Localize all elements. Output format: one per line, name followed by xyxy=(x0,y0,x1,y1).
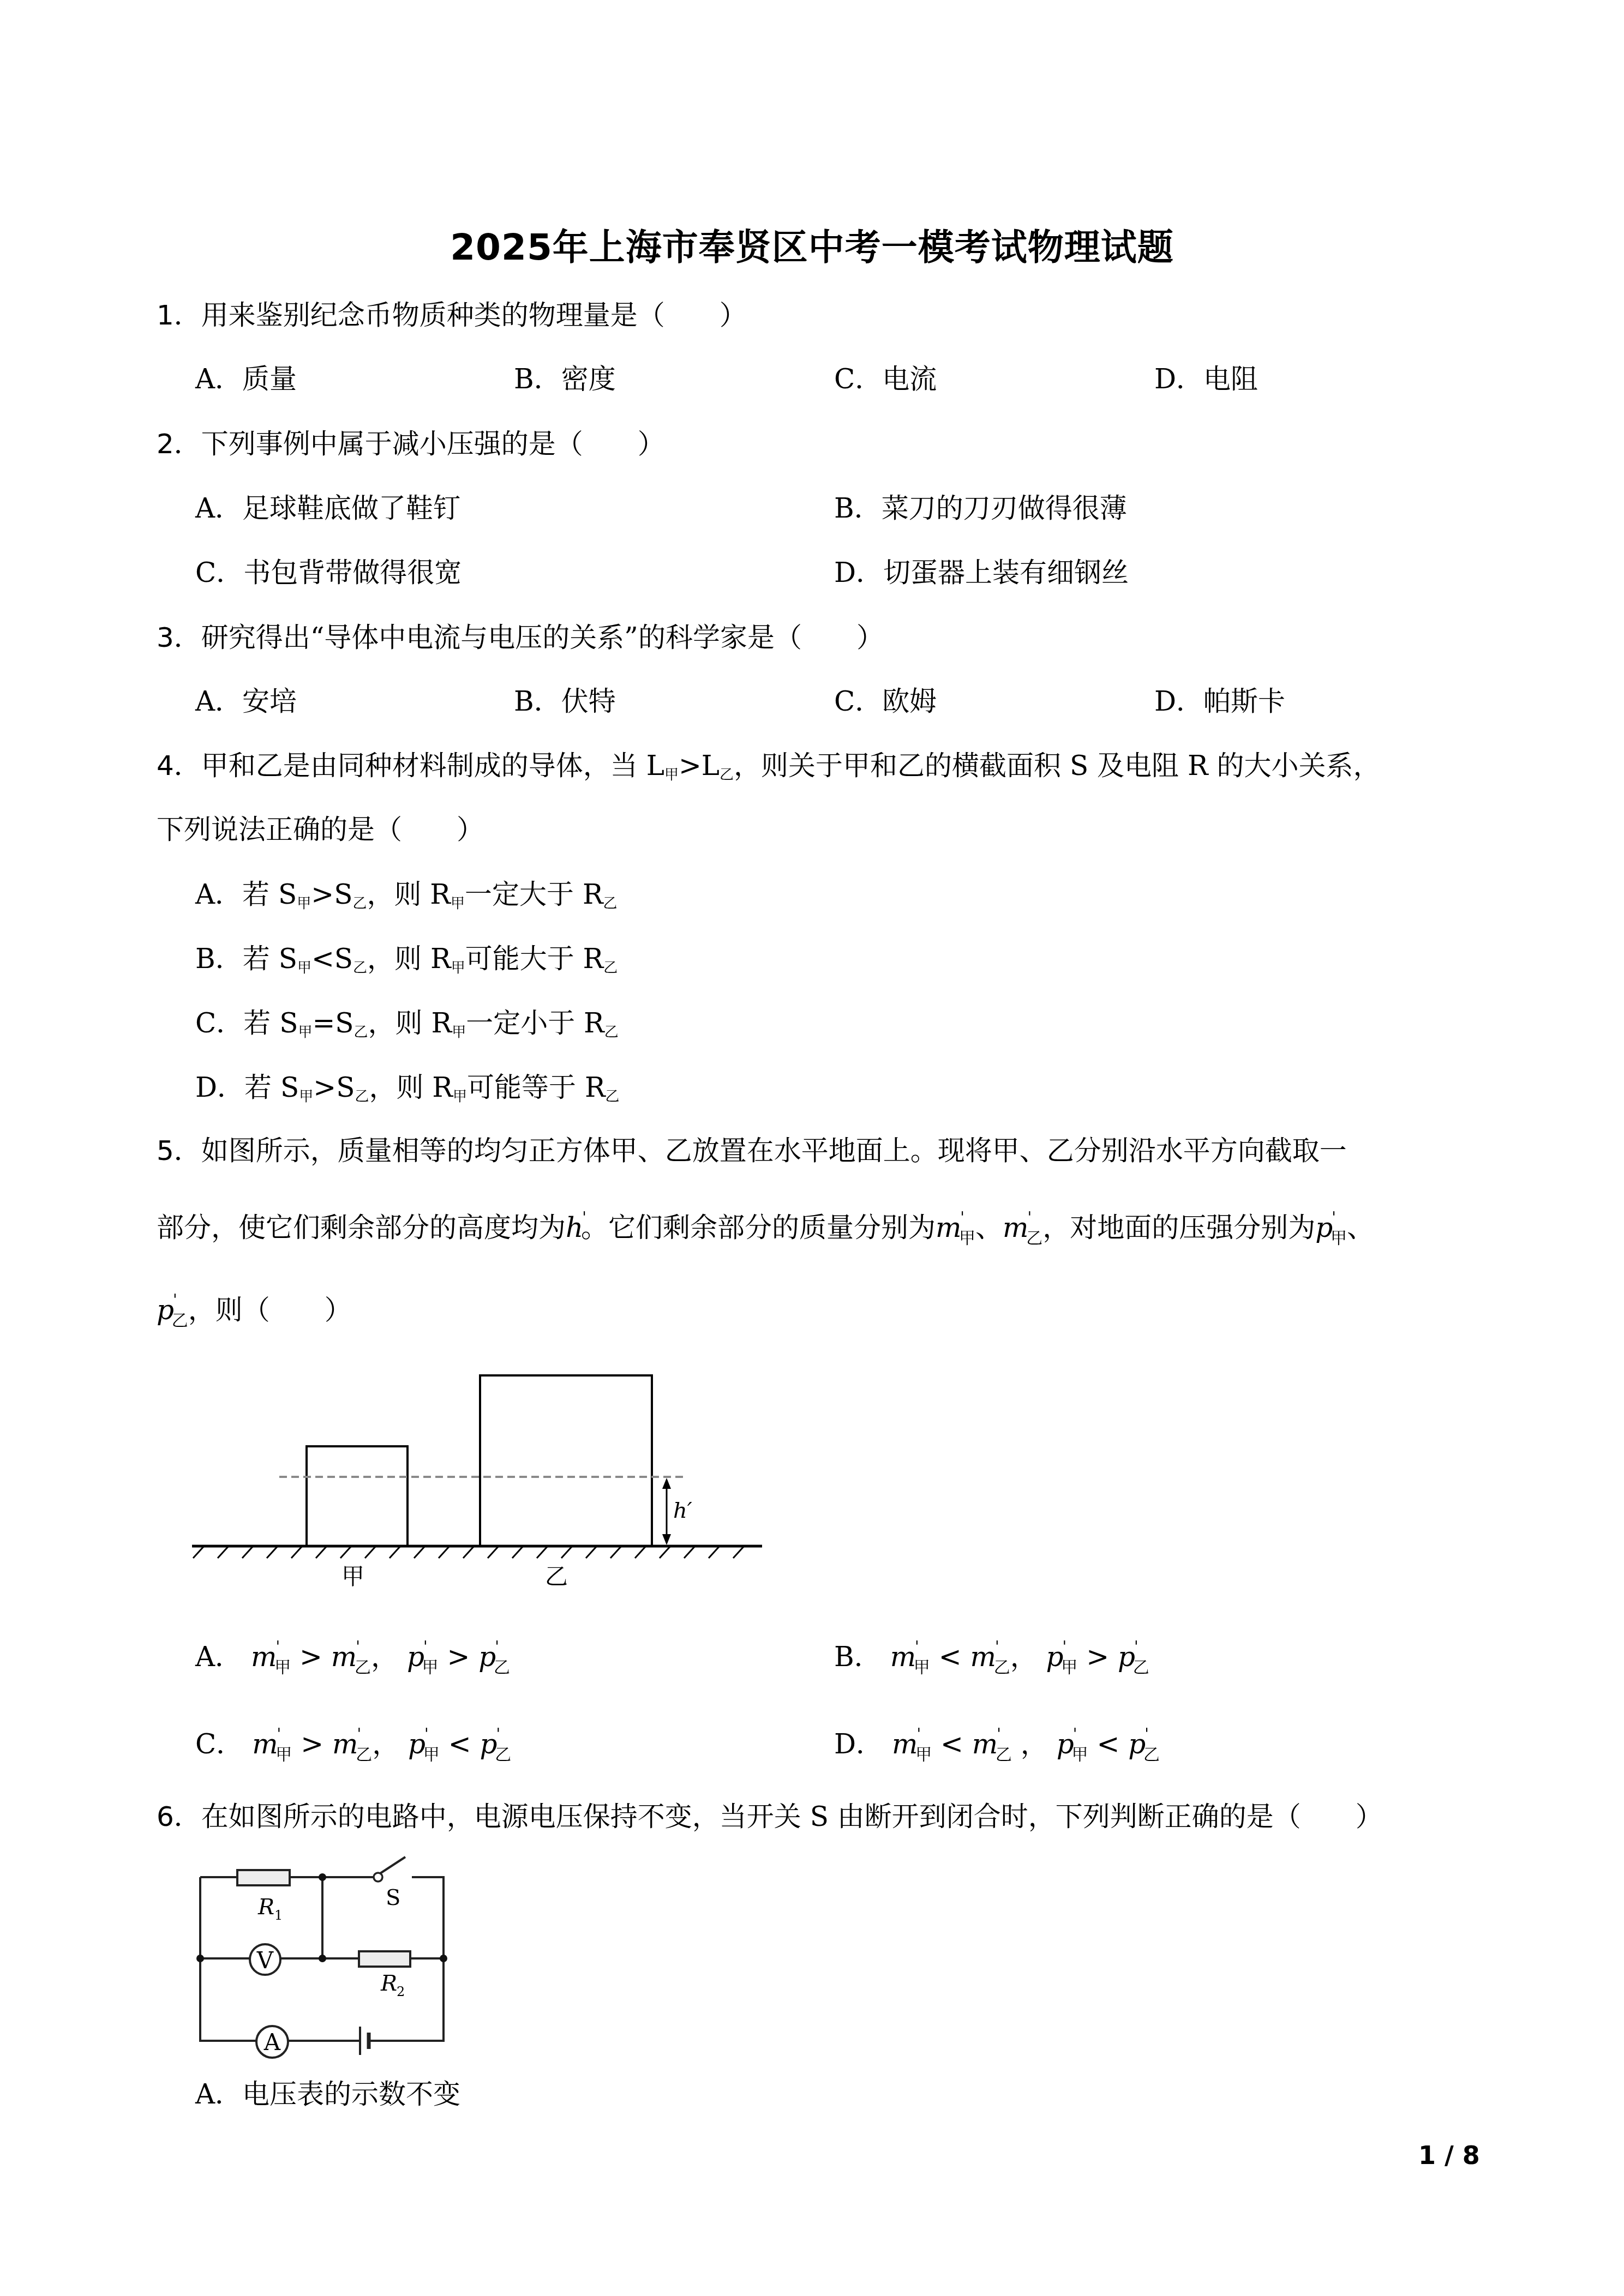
option-2b[interactable]: B．菜刀的刀刃做得很薄 xyxy=(834,492,1127,525)
relation: < xyxy=(1096,1728,1119,1760)
switch-lever xyxy=(380,1857,405,1873)
option-text: >S xyxy=(313,1072,355,1103)
voltmeter-label: V xyxy=(256,1947,274,1974)
option-text: 可能大于 R xyxy=(465,943,604,975)
option-text: 密度 xyxy=(561,363,616,395)
option-text: 一定大于 R xyxy=(465,879,603,910)
height-label: h′ xyxy=(673,1498,692,1523)
subscript: 甲 xyxy=(451,960,465,976)
subscript: 甲 xyxy=(275,1745,292,1764)
stem-text: ，则（ ） xyxy=(188,1294,352,1326)
question-5: 5．如图所示，质量相等的均匀正方体甲、乙放置在水平地面上。现将甲、乙分别沿水平方… xyxy=(157,1134,1347,1167)
cube-jia xyxy=(307,1446,408,1546)
subscript: 甲 xyxy=(422,1658,439,1677)
prime-mark: ' xyxy=(496,1725,501,1743)
prime-mark: ' xyxy=(997,1725,1001,1743)
option-4a[interactable]: A．若 S甲>S乙，则 R甲一定大于 R乙 xyxy=(195,878,618,920)
question-number: 6． xyxy=(157,1801,201,1832)
option-label: C． xyxy=(195,1007,243,1039)
stem-text: 、 xyxy=(1347,1212,1374,1243)
subscript: 甲 xyxy=(915,1745,932,1764)
option-5d[interactable]: D． m'甲 < m'乙 ， p'甲 < p'乙 xyxy=(834,1728,1160,1771)
option-text: >S xyxy=(311,879,352,910)
option-text: =S xyxy=(312,1007,353,1039)
option-text: 可能等于 R xyxy=(467,1072,606,1103)
option-1b[interactable]: B．密度 xyxy=(514,363,616,395)
option-text: ，则 R xyxy=(368,1007,452,1039)
subscript: 乙 xyxy=(354,1024,368,1041)
math-symbol: m xyxy=(892,1728,918,1760)
option-label: D． xyxy=(1154,686,1203,717)
subscript: 甲 xyxy=(297,895,311,912)
option-2d[interactable]: D．切蛋器上装有细钢丝 xyxy=(834,556,1129,589)
option-label: B． xyxy=(514,686,561,717)
label-yi: 乙 xyxy=(545,1563,568,1590)
junction-dot xyxy=(319,1955,326,1962)
arrow-down-icon xyxy=(662,1534,671,1545)
option-text: 电流 xyxy=(882,363,937,395)
subscript: 甲 xyxy=(1071,1745,1088,1764)
switch-pivot xyxy=(374,1873,382,1882)
stem-text: ，对地面的压强分别为 xyxy=(1042,1212,1315,1243)
option-label: D． xyxy=(834,557,883,588)
question-stem: 用来鉴别纪念币物质种类的物理量是（ ） xyxy=(201,299,747,331)
subscript: 甲 xyxy=(297,960,311,976)
subscript: 乙 xyxy=(603,960,618,976)
page-title: 2025年上海市奉贤区中考一模考试物理试题 xyxy=(0,218,1624,270)
subscript: 乙 xyxy=(1133,1658,1149,1677)
question-3: 3．研究得出“导体中电流与电压的关系”的科学家是（ ） xyxy=(157,621,884,654)
subscript: 乙 xyxy=(606,1089,620,1105)
option-label: B． xyxy=(514,363,561,395)
prime-mark: ' xyxy=(582,1209,586,1227)
math-symbol: m xyxy=(252,1728,278,1760)
math-symbol: m xyxy=(936,1212,961,1243)
subscript: 乙 xyxy=(355,1089,369,1105)
stem-text: >L xyxy=(679,750,720,782)
circuit-diagram: V A R 1 R 2 S xyxy=(188,1849,456,2061)
subscript: 甲 xyxy=(914,1658,930,1677)
option-text: 欧姆 xyxy=(882,686,937,717)
r1-label: R xyxy=(257,1895,274,1920)
prime-mark: ' xyxy=(915,1638,919,1656)
subscript: 甲 xyxy=(451,895,465,912)
subscript: 甲 xyxy=(274,1658,291,1677)
stem-text: 。它们剩余部分的质量分别为 xyxy=(581,1212,936,1243)
relation: < xyxy=(448,1728,471,1760)
subscript: 甲 xyxy=(423,1745,440,1764)
option-label: A． xyxy=(195,2078,242,2110)
option-text: 足球鞋底做了鞋钉 xyxy=(242,492,460,524)
stem-text: ，则关于甲和乙的横截面积 S 及电阻 R 的大小关系， xyxy=(734,750,1380,782)
option-text: ，则 R xyxy=(367,879,451,910)
prime-mark: ' xyxy=(356,1638,360,1656)
subscript: 甲 xyxy=(452,1024,466,1041)
subscript: 乙 xyxy=(720,767,734,783)
junction-dot xyxy=(319,1873,326,1881)
question-number: 3． xyxy=(157,622,201,653)
question-1: 1．用来鉴别纪念币物质种类的物理量是（ ） xyxy=(157,299,747,332)
option-label: A． xyxy=(195,363,242,395)
math-symbol: m xyxy=(970,1641,996,1673)
option-text: ，则 R xyxy=(367,943,451,975)
option-1a[interactable]: A．质量 xyxy=(195,363,297,395)
question-number: 1． xyxy=(157,299,201,331)
cube-yi xyxy=(480,1375,652,1546)
math-symbol: m xyxy=(1003,1212,1028,1243)
stem-text: 甲和乙是由同种材料制成的导体，当 L xyxy=(201,750,664,782)
option-2a[interactable]: A．足球鞋底做了鞋钉 xyxy=(195,492,460,525)
prime-mark: ' xyxy=(1144,1725,1149,1743)
option-label: B． xyxy=(834,492,882,524)
subscript: 甲 xyxy=(1061,1658,1077,1677)
prime-mark: ' xyxy=(495,1638,499,1656)
option-1c[interactable]: C．电流 xyxy=(834,363,937,395)
option-text: 电阻 xyxy=(1203,363,1258,395)
option-label: D． xyxy=(834,1728,883,1760)
cubes-diagram: h′ 甲 乙 xyxy=(192,1363,765,1603)
subscript: 乙 xyxy=(356,1745,372,1764)
option-text: 若 S xyxy=(243,943,297,975)
option-text: ，则 R xyxy=(369,1072,453,1103)
prime-mark: ' xyxy=(173,1291,177,1309)
subscript: 乙 xyxy=(604,1024,619,1041)
option-5a[interactable]: A． m'甲 > m'乙， p'甲 > p'乙 xyxy=(195,1640,510,1684)
prime-mark: ' xyxy=(423,1638,428,1656)
arrow-up-icon xyxy=(662,1478,671,1489)
resistor-r2 xyxy=(359,1951,410,1967)
stem-text: 、 xyxy=(975,1212,1003,1243)
prime-mark: ' xyxy=(1332,1209,1336,1227)
math-symbol: m xyxy=(332,1728,358,1760)
relation: > xyxy=(299,1641,322,1673)
option-6a[interactable]: A．电压表的示数不变 xyxy=(195,2078,460,2111)
prime-mark: ' xyxy=(960,1209,964,1227)
option-text: 安培 xyxy=(242,686,297,717)
option-text: 质量 xyxy=(242,363,297,395)
prime-mark: ' xyxy=(1063,1638,1067,1656)
option-text: 伏特 xyxy=(561,686,616,717)
subscript: 乙 xyxy=(1143,1745,1160,1764)
option-label: D． xyxy=(1154,363,1203,395)
subscript: 甲 xyxy=(299,1089,313,1105)
subscript: 甲 xyxy=(664,767,679,783)
option-text: 若 S xyxy=(244,1072,299,1103)
subscript: 乙 xyxy=(355,1658,371,1677)
option-text: 一定小于 R xyxy=(466,1007,604,1039)
option-text: 书包背带做得很宽 xyxy=(243,557,462,588)
option-label: C． xyxy=(195,557,243,588)
question-5-line3: p'乙，则（ ） xyxy=(157,1294,352,1337)
option-text: 电压表的示数不变 xyxy=(242,2078,460,2110)
question-stem: 研究得出“导体中电流与电压的关系”的科学家是（ ） xyxy=(201,622,884,653)
subscript: 乙 xyxy=(494,1658,510,1677)
prime-mark: ' xyxy=(1134,1638,1138,1656)
question-5-line2: 部分，使它们剩余部分的高度均为h'。它们剩余部分的质量分别为m'甲、m'乙，对地… xyxy=(157,1211,1374,1255)
question-stem: 在如图所示的电路中，电源电压保持不变，当开关 S 由断开到闭合时，下列判断正确的… xyxy=(201,1801,1383,1832)
option-label: A． xyxy=(195,1641,242,1673)
option-label: C． xyxy=(195,1728,243,1760)
option-3a[interactable]: A．安培 xyxy=(195,685,297,718)
option-4d[interactable]: D．若 S甲>S乙，则 R甲可能等于 R乙 xyxy=(195,1071,620,1113)
option-label: D． xyxy=(195,1072,244,1103)
ground-hatching xyxy=(193,1546,744,1558)
option-label: C． xyxy=(834,363,882,395)
option-text: 帕斯卡 xyxy=(1203,686,1285,717)
relation: > xyxy=(447,1641,470,1673)
option-label: A． xyxy=(195,686,242,717)
subscript: 乙 xyxy=(495,1745,511,1764)
prime-mark: ' xyxy=(424,1725,429,1743)
subscript: 乙 xyxy=(996,1745,1012,1764)
question-number: 4． xyxy=(157,750,201,782)
option-text: <S xyxy=(311,943,353,975)
option-text: 切蛋器上装有细钢丝 xyxy=(883,557,1129,588)
r2-label: R xyxy=(380,1971,397,1996)
switch-label: S xyxy=(386,1885,400,1910)
subscript: 乙 xyxy=(603,895,618,912)
prime-mark: ' xyxy=(1027,1209,1032,1227)
junction-dot xyxy=(440,1955,447,1962)
subscript: 甲 xyxy=(1331,1229,1347,1248)
relation: < xyxy=(940,1728,963,1760)
subscript: 乙 xyxy=(353,960,367,976)
prime-mark: ' xyxy=(277,1725,281,1743)
stem-text: 部分，使它们剩余部分的高度均为 xyxy=(157,1212,566,1243)
subscript: 乙 xyxy=(352,895,367,912)
resistor-r1 xyxy=(237,1870,290,1885)
math-symbol: m xyxy=(251,1641,277,1673)
prime-mark: ' xyxy=(275,1638,280,1656)
r2-subscript: 2 xyxy=(397,1984,405,1999)
math-symbol: m xyxy=(890,1641,916,1673)
prime-mark: ' xyxy=(1073,1725,1077,1743)
subscript: 乙 xyxy=(172,1311,188,1330)
page-indicator: 1 / 8 xyxy=(1418,2141,1480,2170)
question-number: 5． xyxy=(157,1135,201,1167)
relation: > xyxy=(301,1728,323,1760)
question-2: 2．下列事例中属于减小压强的是（ ） xyxy=(157,428,665,460)
option-label: A． xyxy=(195,879,242,910)
option-3b[interactable]: B．伏特 xyxy=(514,685,616,718)
question-6: 6．在如图所示的电路中，电源电压保持不变，当开关 S 由断开到闭合时，下列判断正… xyxy=(157,1800,1383,1833)
question-stem: 下列事例中属于减小压强的是（ ） xyxy=(201,428,665,460)
junction-dot xyxy=(196,1955,204,1962)
option-3c[interactable]: C．欧姆 xyxy=(834,685,937,718)
subscript: 甲 xyxy=(959,1229,975,1248)
subscript: 乙 xyxy=(994,1658,1010,1677)
question-4: 4．甲和乙是由同种材料制成的导体，当 L甲>L乙，则关于甲和乙的横截面积 S 及… xyxy=(157,749,1381,791)
question-number: 2． xyxy=(157,428,201,460)
option-text: 菜刀的刀刃做得很薄 xyxy=(882,492,1127,524)
option-label: B． xyxy=(195,943,243,975)
math-symbol: m xyxy=(331,1641,357,1673)
option-5c[interactable]: C． m'甲 > m'乙， p'甲 < p'乙 xyxy=(195,1728,511,1771)
option-4b[interactable]: B．若 S甲<S乙，则 R甲可能大于 R乙 xyxy=(195,942,618,984)
r1-subscript: 1 xyxy=(274,1908,283,1923)
subscript: 乙 xyxy=(1026,1229,1042,1248)
option-3d[interactable]: D．帕斯卡 xyxy=(1154,685,1285,718)
relation: < xyxy=(939,1641,962,1673)
option-2c[interactable]: C．书包背带做得很宽 xyxy=(195,556,462,589)
stem-text: 如图所示，质量相等的均匀正方体甲、乙放置在水平地面上。现将甲、乙分别沿水平方向截… xyxy=(201,1135,1347,1167)
question-4-line2: 下列说法正确的是（ ） xyxy=(157,813,484,846)
option-text: 若 S xyxy=(243,1007,298,1039)
option-label: A． xyxy=(195,492,242,524)
option-text: 若 S xyxy=(242,879,297,910)
prime-mark: ' xyxy=(995,1638,999,1656)
option-5b[interactable]: B． m'甲 < m'乙， p'甲 > p'乙 xyxy=(834,1640,1149,1684)
prime-mark: ' xyxy=(916,1725,921,1743)
option-4c[interactable]: C．若 S甲=S乙，则 R甲一定小于 R乙 xyxy=(195,1007,619,1049)
prime-mark: ' xyxy=(357,1725,361,1743)
subscript: 甲 xyxy=(453,1089,467,1105)
math-symbol: m xyxy=(972,1728,998,1760)
relation: > xyxy=(1086,1641,1109,1673)
subscript: 甲 xyxy=(298,1024,312,1041)
option-1d[interactable]: D．电阻 xyxy=(1154,363,1258,395)
ammeter-label: A xyxy=(263,2029,281,2055)
option-label: C． xyxy=(834,686,882,717)
option-label: B． xyxy=(834,1641,882,1673)
label-jia: 甲 xyxy=(341,1563,364,1590)
